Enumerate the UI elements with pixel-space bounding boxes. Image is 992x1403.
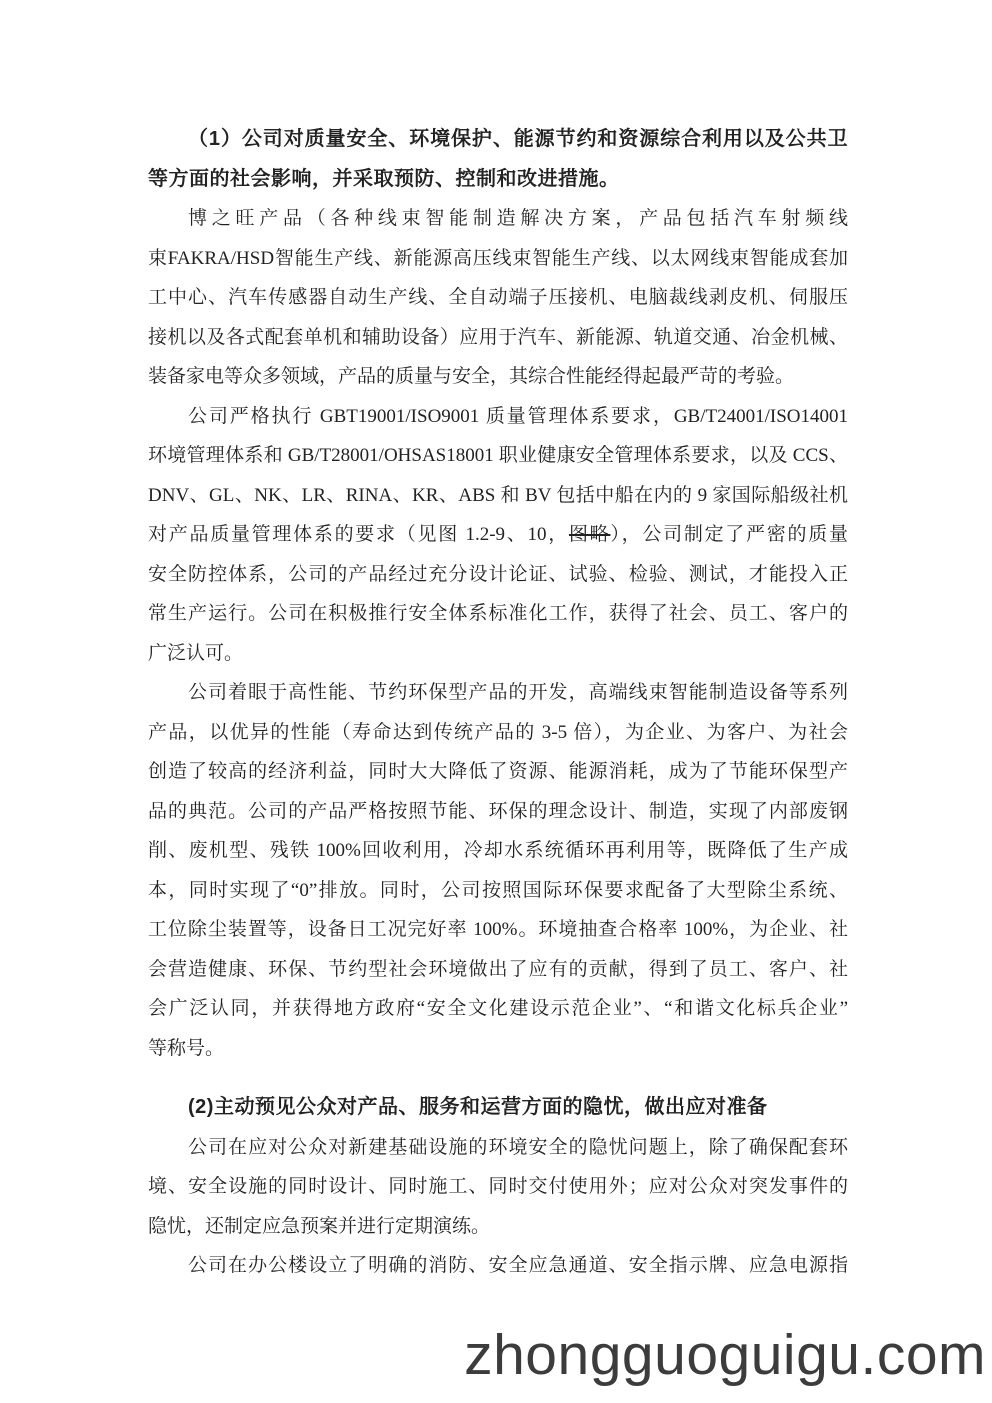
- para-3-line-2: 产品，以优异的性能（寿命达到传统产品的 3-5 倍），为企业、为客户、为社会: [148, 713, 848, 753]
- para-2-line-4-post: ），公司制定了严密的质量: [610, 524, 848, 545]
- para-2-line-4-pre: 对产品质量管理体系的要求（见图 1.2-9、10，: [148, 524, 569, 545]
- heading-2-line-1: (2)主动预见公众对产品、服务和运营方面的隐忧，做出应对准备: [148, 1088, 848, 1128]
- para-1-line-4: 接机以及各式配套单机和辅助设备）应用于汽车、新能源、轨道交通、冶金机械、: [148, 318, 848, 358]
- para-3-line-9: 会广泛认同，并获得地方政府“安全文化建设示范企业”、“和谐文化标兵企业”: [148, 989, 848, 1029]
- heading-1-line-1: （1）公司对质量安全、环境保护、能源节约和资源综合利用以及公共卫生: [148, 120, 848, 160]
- document-page: （1）公司对质量安全、环境保护、能源节约和资源综合利用以及公共卫生 等方面的社会…: [0, 0, 992, 1403]
- para-3-line-10: 等称号。: [148, 1029, 848, 1069]
- para-4-line-2: 境、安全设施的同时设计、同时施工、同时交付使用外；应对公众对突发事件的: [148, 1167, 848, 1207]
- para-2-line-4-strikethrough-text: 图略: [569, 524, 610, 545]
- para-3-line-3: 创造了较高的经济利益，同时大大降低了资源、能源消耗，成为了节能环保型产: [148, 752, 848, 792]
- watermark-text: zhongguoguigu.com: [464, 1322, 986, 1388]
- document-content: （1）公司对质量安全、环境保护、能源节约和资源综合利用以及公共卫生 等方面的社会…: [148, 120, 848, 1286]
- para-3-line-5: 削、废机型、残铁 100%回收利用，冷却水系统循环再利用等，既降低了生产成: [148, 831, 848, 871]
- para-2-line-5: 安全防控体系，公司的产品经过充分设计论证、试验、检验、测试，才能投入正: [148, 555, 848, 595]
- para-2-line-3: DNV、GL、NK、LR、RINA、KR、ABS 和 BV 包括中船在内的 9 …: [148, 476, 848, 516]
- para-4-line-1: 公司在应对公众对新建基础设施的环境安全的隐忧问题上，除了确保配套环: [148, 1128, 848, 1168]
- para-1-line-3: 工中心、汽车传感器自动生产线、全自动端子压接机、电脑裁线剥皮机、伺服压: [148, 278, 848, 318]
- para-3-line-8: 会营造健康、环保、节约型社会环境做出了应有的贡献，得到了员工、客户、社: [148, 950, 848, 990]
- para-3-line-7: 工位除尘装置等，设备日工况完好率 100%。环境抽查合格率 100%，为企业、社: [148, 910, 848, 950]
- para-1-line-2: 束FAKRA/HSD智能生产线、新能源高压线束智能生产线、以太网线束智能成套加: [148, 239, 848, 279]
- para-2-line-6: 常生产运行。公司在积极推行安全体系标准化工作，获得了社会、员工、客户的: [148, 594, 848, 634]
- para-2-line-7: 广泛认可。: [148, 634, 848, 674]
- para-5-line-1: 公司在办公楼设立了明确的消防、安全应急通道、安全指示牌、应急电源指: [148, 1246, 848, 1286]
- heading-1-line-2: 等方面的社会影响，并采取预防、控制和改进措施。: [148, 160, 848, 200]
- para-2-line-1: 公司严格执行 GBT19001/ISO9001 质量管理体系要求，GB/T240…: [148, 397, 848, 437]
- para-3-line-1: 公司着眼于高性能、节约环保型产品的开发，高端线束智能制造设备等系列: [148, 673, 848, 713]
- para-1-line-5: 装备家电等众多领域，产品的质量与安全，其综合性能经得起最严苛的考验。: [148, 357, 848, 397]
- para-3-line-4: 品的典范。公司的产品严格按照节能、环保的理念设计、制造，实现了内部废钢: [148, 792, 848, 832]
- para-1-line-1: 博之旺产品（各种线束智能制造解决方案，产品包括汽车射频线: [148, 199, 848, 239]
- para-2-line-4: 对产品质量管理体系的要求（见图 1.2-9、10，图略），公司制定了严密的质量: [148, 515, 848, 555]
- para-3-line-6: 本，同时实现了“0”排放。同时，公司按照国际环保要求配备了大型除尘系统、: [148, 871, 848, 911]
- para-2-line-2: 环境管理体系和 GB/T28001/OHSAS18001 职业健康安全管理体系要…: [148, 436, 848, 476]
- para-4-line-3: 隐忧，还制定应急预案并进行定期演练。: [148, 1207, 848, 1247]
